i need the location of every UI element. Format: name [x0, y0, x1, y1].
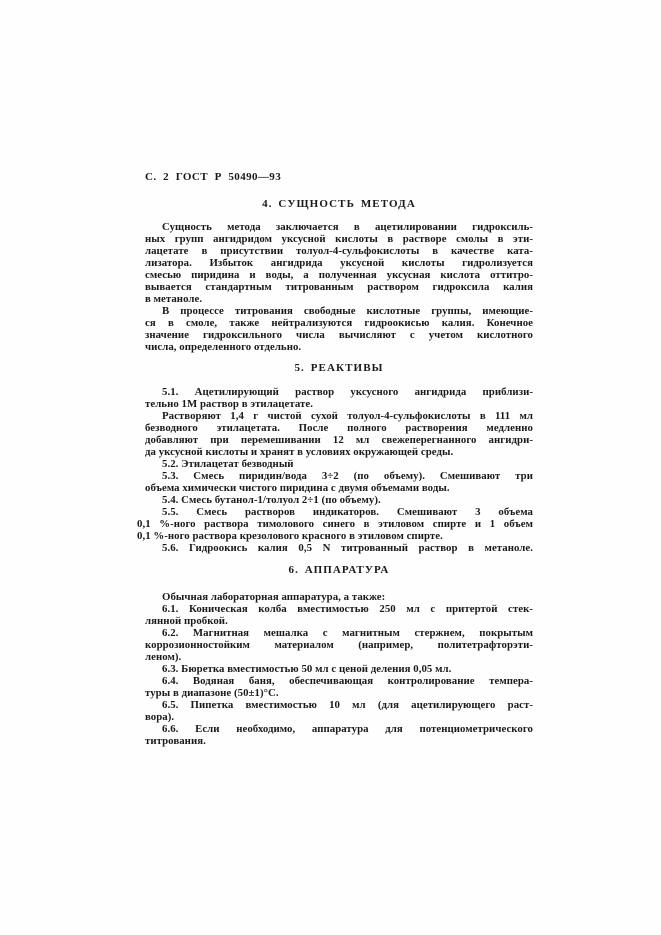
- text-line: 5.2. Этилацетат безводный: [145, 458, 533, 470]
- text-line: 5.1. Ацетилирующий раствор уксусного анг…: [145, 386, 533, 398]
- text-line: 6.6. Если необходимо, аппаратура для пот…: [145, 723, 533, 735]
- text-line: 0,1 %-ного раствора крезолового красного…: [137, 530, 533, 542]
- page-header: С. 2 ГОСТ Р 50490—93: [145, 171, 533, 184]
- text-column: С. 2 ГОСТ Р 50490—934. СУЩНОСТЬ МЕТОДАСу…: [145, 171, 533, 747]
- text-line: 5.5. Смесь растворов индикаторов. Смешив…: [145, 506, 533, 518]
- text-line: объема химически чистого пиридина с двум…: [145, 482, 533, 494]
- text-line: 5.4. Смесь бутанол-1/толуол 2÷1 (по объе…: [145, 494, 533, 506]
- text-line: значение гидроксильного числа вычисляют …: [145, 329, 533, 341]
- text-line: 6.1. Коническая колба вместимостью 250 м…: [145, 603, 533, 615]
- text-line: 0,1 %-ного раствора тимолового синего в …: [137, 518, 533, 530]
- text-line: лацетате в присутствии толуол-4-сульфоки…: [145, 245, 533, 257]
- text-line: Сущность метода заключается в ацетилиров…: [145, 221, 533, 233]
- text-line: смесью пиридина и воды, а полученная укс…: [145, 269, 533, 281]
- text-line: да уксусной кислоты и хранят в условиях …: [145, 446, 533, 458]
- text-line: В процессе титрования свободные кислотны…: [145, 305, 533, 317]
- document-page: С. 2 ГОСТ Р 50490—934. СУЩНОСТЬ МЕТОДАСу…: [0, 0, 661, 935]
- text-line: тельно 1М раствор в этилацетате.: [145, 398, 533, 410]
- text-line: 5.3. Смесь пиридин/вода 3÷2 (по объему).…: [145, 470, 533, 482]
- text-line: 6.5. Пипетка вместимостью 10 мл (для аце…: [145, 699, 533, 711]
- text-line: вывается стандартным титрованным раствор…: [145, 281, 533, 293]
- text-line: туры в диапазоне (50±1)°С.: [145, 687, 533, 699]
- text-line: 6.2. Магнитная мешалка с магнитным стерж…: [145, 627, 533, 639]
- text-line: коррозионностойким материалом (например,…: [145, 639, 533, 651]
- text-line: ся в смоле, также нейтрализуются гидроок…: [145, 317, 533, 329]
- text-line: добавляют при перемешивании 12 мл свежеп…: [145, 434, 533, 446]
- text-line: Растворяют 1,4 г чистой сухой толуол-4-с…: [145, 410, 533, 422]
- text-line: в метаноле.: [145, 293, 533, 305]
- text-line: лянной пробкой.: [145, 615, 533, 627]
- text-line: лизатора. Избыток ангидрида уксусной кис…: [145, 257, 533, 269]
- text-line: Обычная лабораторная аппаратура, а также…: [145, 591, 533, 603]
- section-heading-4: 4. СУЩНОСТЬ МЕТОДА: [145, 198, 533, 211]
- text-line: числа, определенного отдельно.: [145, 341, 533, 353]
- text-line: 6.4. Водяная баня, обеспечивающая контро…: [145, 675, 533, 687]
- text-line: леном).: [145, 651, 533, 663]
- section-heading-6: 6. АППАРАТУРА: [145, 564, 533, 577]
- section-heading-5: 5. РЕАКТИВЫ: [145, 362, 533, 375]
- text-line: 5.6. Гидроокись калия 0,5 N титрованный …: [145, 542, 533, 554]
- text-line: безводного этилацетата. После полного ра…: [145, 422, 533, 434]
- text-line: 6.3. Бюретка вместимостью 50 мл с ценой …: [145, 663, 533, 675]
- text-line: ных групп ангидридом уксусной кислоты в …: [145, 233, 533, 245]
- text-line: титрования.: [145, 735, 533, 747]
- text-line: вора).: [145, 711, 533, 723]
